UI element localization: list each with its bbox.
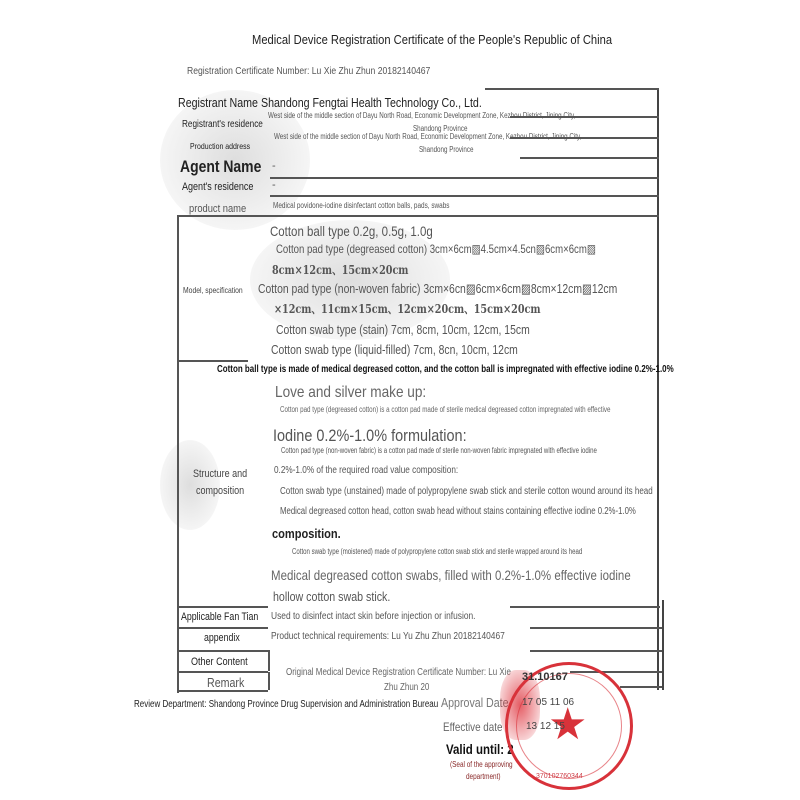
- agent-name-value: -: [272, 160, 276, 172]
- agent-residence-label: Agent's residence: [182, 181, 253, 193]
- other-content-label: Other Content: [191, 656, 248, 668]
- agent-name-label: Agent Name: [180, 157, 261, 177]
- effective-date-label: Effective date: [443, 720, 502, 734]
- row-divider: [520, 157, 659, 159]
- product-name-value: Medical povidone-iodine disinfectant cot…: [273, 201, 449, 210]
- composition-line: Medical degreased cotton head, cotton sw…: [280, 506, 636, 517]
- composition-line: Cotton swab type (unstained) made of pol…: [280, 486, 653, 497]
- applicable-scope-value: Used to disinfect intact skin before inj…: [271, 610, 476, 622]
- table-border-right: [662, 600, 664, 690]
- official-seal: ★ 31.10167 17 05 11 06 13 12 15 37010276…: [505, 662, 633, 790]
- applicable-scope-label: Applicable Fan Tian: [181, 611, 258, 623]
- model-specification-label: Model, specification: [183, 285, 243, 295]
- composition-line: Love and silver make up:: [275, 384, 426, 402]
- spec-line: Cotton swab type (stain) 7cm, 8cm, 10cm,…: [276, 322, 530, 337]
- registrant-name-row: Registrant Name Shandong Fengtai Health …: [178, 95, 482, 110]
- spec-line: Cotton pad type (degreased cotton) 3cm×6…: [276, 242, 596, 256]
- row-divider: [178, 360, 248, 362]
- registrant-name-label: Registrant Name: [178, 95, 258, 110]
- remark-label: Remark: [207, 675, 244, 690]
- composition-line: Cotton pad type (degreased cotton) is a …: [280, 405, 610, 414]
- column-divider: [268, 672, 270, 690]
- table-border-bottom: [178, 690, 268, 692]
- composition-line: Iodine 0.2%-1.0% formulation:: [273, 426, 467, 446]
- production-address-value-line1: West side of the middle section of Dayu …: [274, 132, 581, 141]
- composition-line: 0.2%-1.0% of the required road value com…: [274, 465, 458, 476]
- composition-line: hollow cotton swab stick.: [273, 589, 390, 604]
- seal-note-line1: (Seal of the approving: [450, 760, 513, 769]
- seal-approval-date: 17 05 11 06: [522, 697, 574, 708]
- registrant-residence-label: Registrant's residence: [182, 119, 263, 130]
- table-border-top: [485, 88, 659, 90]
- document-title: Medical Device Registration Certificate …: [252, 32, 612, 47]
- row-divider: [270, 177, 659, 179]
- registrant-residence-value-line1: West side of the middle section of Dayu …: [268, 111, 575, 120]
- row-divider: [178, 650, 268, 652]
- row-divider: [178, 671, 268, 673]
- row-divider: [178, 627, 268, 629]
- row-divider: [178, 606, 268, 608]
- row-divider: [530, 627, 662, 629]
- column-divider: [268, 650, 270, 671]
- row-divider: [270, 195, 659, 197]
- seal-code: 370102760344: [536, 773, 583, 780]
- composition-line: Medical degreased cotton swabs, filled w…: [271, 567, 631, 583]
- composition-line: Cotton ball type is made of medical degr…: [217, 363, 674, 375]
- product-name-label: product name: [189, 203, 246, 215]
- registrant-name-value: Shandong Fengtai Health Technology Co., …: [261, 95, 482, 110]
- seal-effective-date: 13 12 15: [526, 721, 565, 732]
- composition-line: Cotton swab type (moistened) made of pol…: [292, 547, 582, 556]
- table-border-left: [177, 215, 179, 693]
- remark-value-line2: Zhu Zhun 20: [384, 682, 429, 693]
- spec-line: Cotton swab type (liquid-filled) 7cm, 8c…: [271, 342, 518, 357]
- seal-number: 31.10167: [522, 671, 568, 683]
- spec-line: Cotton pad type (non-woven fabric) 3cm×6…: [258, 281, 617, 297]
- registration-number: Registration Certificate Number: Lu Xie …: [187, 66, 430, 77]
- production-address-value-line2: Shandong Province: [419, 145, 473, 154]
- row-divider: [510, 606, 660, 608]
- table-border-bottom: [620, 686, 662, 688]
- spec-line: 8cm×12cm、15cm×20cm: [272, 261, 408, 278]
- agent-residence-value: -: [272, 179, 276, 191]
- composition-line: composition.: [272, 526, 341, 541]
- production-address-label: Production address: [190, 141, 250, 151]
- structure-composition-label-line1: Structure and: [193, 468, 247, 480]
- spec-line: Cotton ball type 0.2g, 0.5g, 1.0g: [270, 223, 433, 239]
- appendix-label: appendix: [204, 632, 240, 644]
- composition-line: Cotton pad type (non-woven fabric) is a …: [281, 446, 597, 455]
- seal-note-line2: department): [466, 772, 501, 781]
- structure-composition-label-line2: composition: [196, 485, 244, 497]
- row-divider: [530, 650, 662, 652]
- remark-value-line1: Original Medical Device Registration Cer…: [286, 667, 511, 678]
- spec-line: ×12cm、11cm×15cm、12cm×20cm、15cm×20cm: [274, 300, 541, 317]
- review-department: Review Department: Shandong Province Dru…: [134, 699, 438, 710]
- appendix-value: Product technical requirements: Lu Yu Zh…: [271, 630, 505, 642]
- row-divider: [178, 215, 659, 217]
- approval-date-label: Approval Date: [441, 695, 509, 710]
- valid-until: Valid until: 2: [446, 741, 514, 757]
